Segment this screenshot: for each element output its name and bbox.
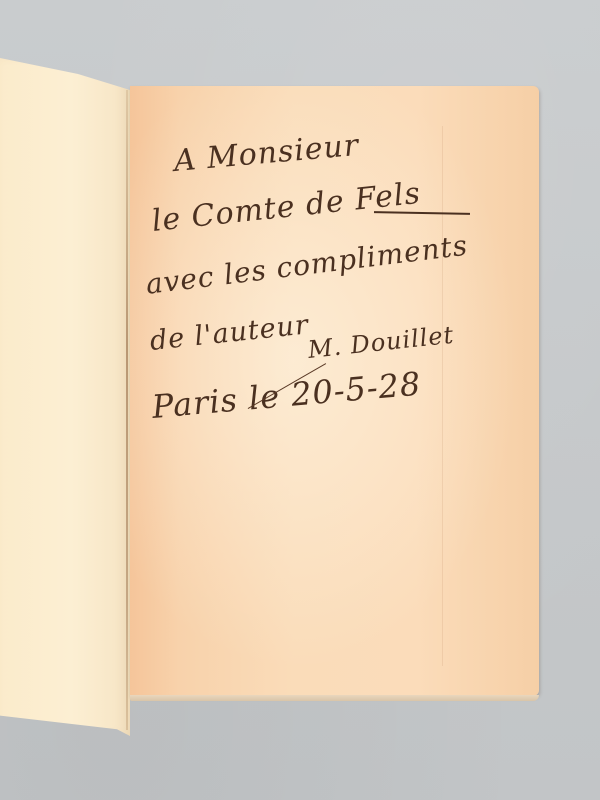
inscription-line-author: de l'auteur [148,309,310,357]
inscription-place-date: Paris le 20-5-28 [150,365,422,426]
inscription-line-salutation: A Monsieur [172,128,360,179]
inscription-signature: M. Douillet [307,321,456,364]
flyleaf-page: A Monsieur le Comte de Fels avec les com… [130,86,539,696]
left-page [0,56,130,736]
handwritten-inscription: A Monsieur le Comte de Fels avec les com… [130,86,539,696]
inscription-line-recipient: le Comte de Fels [150,176,422,239]
gutter-edge [126,90,128,730]
inscription-line-compliments: avec les compliments [144,229,470,301]
